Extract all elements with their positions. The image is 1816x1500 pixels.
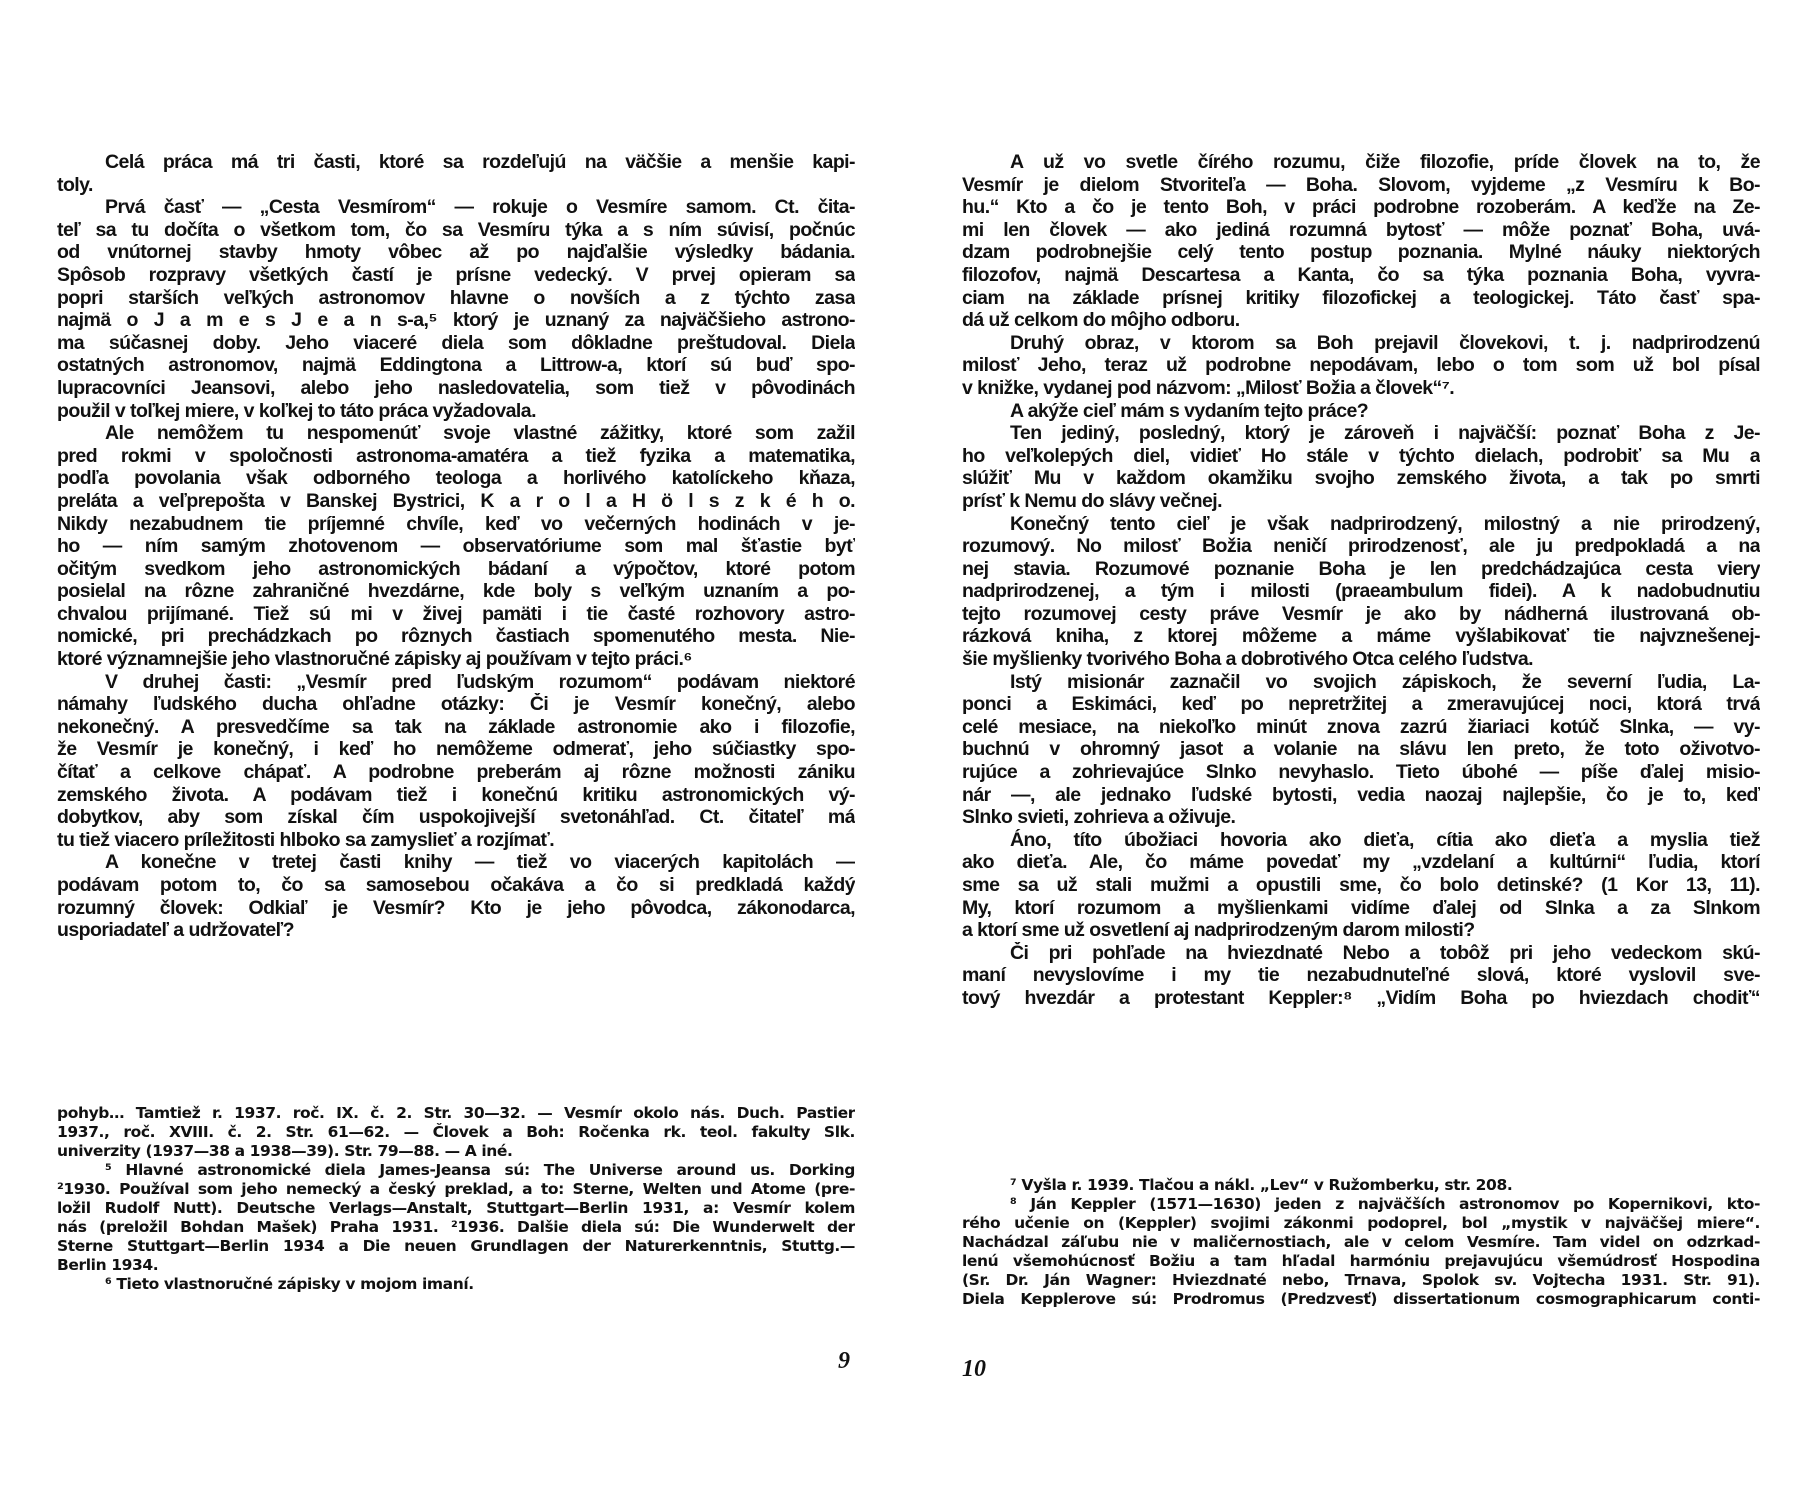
text-line: čítať a celkove chápať. A podrobne prebe… [57, 761, 855, 784]
footnote-line: ⁸ Ján Keppler (1571—1630) jeden z najväč… [962, 1195, 1760, 1214]
text-line: prísť k Nemu do slávy večnej. [962, 490, 1760, 513]
text-line: Celá práca má tri časti, ktoré sa rozdeľ… [57, 151, 855, 174]
footnote-line: univerzity (1937—38 a 1938—39). Str. 79—… [57, 1142, 855, 1161]
text-line: ciam na základe prísnej kritiky filozofi… [962, 287, 1760, 310]
text-line: najmä o J a m e s J e a n s-a,⁵ ktorý je… [57, 309, 855, 332]
text-line: ma súčasnej doby. Jeho viaceré diela som… [57, 332, 855, 355]
text-line: A akýže cieľ mám s vydaním tejto práce? [962, 400, 1760, 423]
text-line: rujúce a zohrievajúce Slnko nevyhaslo. T… [962, 761, 1760, 784]
text-line: ho — ním samým zhotovenom — observatóriu… [57, 535, 855, 558]
text-line: tový hvezdár a protestant Keppler:⁸ „Vid… [962, 987, 1760, 1010]
text-line: očitým svedkom jeho astronomických bádan… [57, 558, 855, 581]
text-line: Spôsob rozpravy všetkých častí je prísne… [57, 264, 855, 287]
right-body-text: A už vo svetle čírého rozumu, čiže filoz… [962, 151, 1760, 1010]
footnote-line: Sterne Stuttgart—Berlin 1934 a Die neuen… [57, 1237, 855, 1256]
text-line: ponci a Eskimáci, keď po nepretržitej a … [962, 693, 1760, 716]
text-line: popri starších veľkých astronomov hlavne… [57, 287, 855, 310]
footnote-line: (Sr. Dr. Ján Wagner: Hviezdnaté nebo, Tr… [962, 1271, 1760, 1290]
text-line: A konečne v tretej časti knihy — tiež vo… [57, 851, 855, 874]
text-line: ako dieťa. Ale, čo máme povedať my „vzde… [962, 851, 1760, 874]
text-line: rozumný človek: Odkiaľ je Vesmír? Kto je… [57, 897, 855, 920]
footnote-line: ložil Rudolf Nutt). Deutsche Verlags—Ans… [57, 1199, 855, 1218]
footnote-line: Nachádzal záľubu nie v maličernostiach, … [962, 1233, 1760, 1252]
text-line: ho veľkolepých diel, vidieť Ho stále v t… [962, 445, 1760, 468]
text-line: nár —, ale jednako ľudské bytosti, vedia… [962, 784, 1760, 807]
page-number: 9 [838, 1348, 850, 1375]
text-line: použil v toľkej miere, v koľkej to táto … [57, 400, 855, 423]
footnote-line: 1937., roč. XVIII. č. 2. Str. 61—62. — Č… [57, 1123, 855, 1142]
text-line: Ale nemôžem tu nespomenúť svoje vlastné … [57, 422, 855, 445]
text-line: Slnko svieti, zohrieva a oživuje. [962, 806, 1760, 829]
footnote-line: ⁷ Vyšla r. 1939. Tlačou a nákl. „Lev“ v … [962, 1176, 1760, 1195]
right-footnotes: ⁷ Vyšla r. 1939. Tlačou a nákl. „Lev“ v … [962, 1176, 1760, 1309]
text-line: hu.“ Kto a čo je tento Boh, v práci podr… [962, 196, 1760, 219]
text-line: Ten jediný, posledný, ktorý je zároveň i… [962, 422, 1760, 445]
text-line: preláta a veľprepošta v Banskej Bystrici… [57, 490, 855, 513]
footnote-line: lenú všemohúcnosť Božiu a tam hľadal har… [962, 1252, 1760, 1271]
text-line: pred rokmi v spoločnosti astronoma-amaté… [57, 445, 855, 468]
text-line: rozumový. No milosť Božia neničí prirodz… [962, 535, 1760, 558]
text-line: ktoré významnejšie jeho vlastnoručné záp… [57, 648, 855, 671]
footnote-line: ⁶ Tieto vlastnoručné zápisky v mojom ima… [57, 1275, 855, 1294]
text-line: lupracovníci Jeansovi, alebo jeho nasled… [57, 377, 855, 400]
footnote-line: nás (preložil Bohdan Mašek) Praha 1931. … [57, 1218, 855, 1237]
footnote-line: Berlin 1934. [57, 1256, 855, 1275]
text-line: chvalou prijímané. Tiež sú mi v živej pa… [57, 603, 855, 626]
text-line: A už vo svetle čírého rozumu, čiže filoz… [962, 151, 1760, 174]
footnote-line: ⁵ Hlavné astronomické diela James-Jeansa… [57, 1161, 855, 1180]
text-line: filozofov, najmä Descartesa a Kanta, čo … [962, 264, 1760, 287]
footnote-line: pohyb… Tamtiež r. 1937. roč. IX. č. 2. S… [57, 1104, 855, 1123]
text-line: Áno, títo úbožiaci hovoria ako dieťa, cí… [962, 829, 1760, 852]
text-line: Či pri pohľade na hviezdnaté Nebo a tobô… [962, 942, 1760, 965]
text-line: Nikdy nezabudnem tie príjemné chvíle, ke… [57, 513, 855, 536]
footnote-line: ²1930. Používal som jeho nemecký a český… [57, 1180, 855, 1199]
text-line: šie myšlienky tvorivého Boha a dobrotivé… [962, 648, 1760, 671]
text-line: nekonečný. A presvedčíme sa tak na zákla… [57, 716, 855, 739]
text-line: a ktorí sme už osvetlení aj nadprirodzen… [962, 919, 1760, 942]
text-line: usporiadateľ a udržovateľ? [57, 919, 855, 942]
text-line: dá už celkom do môjho odboru. [962, 309, 1760, 332]
text-line: nadprirodzenej, a tým i milosti (praeamb… [962, 580, 1760, 603]
text-line: podávam potom to, čo sa samosebou očakáv… [57, 874, 855, 897]
text-line: maní nevyslovíme i my tie nezabudnuteľné… [962, 964, 1760, 987]
text-line: milosť Jeho, teraz už podrobne nepodávam… [962, 354, 1760, 377]
text-line: Konečný tento cieľ je však nadprirodzený… [962, 513, 1760, 536]
text-line: zemského života. A podávam tiež i konečn… [57, 784, 855, 807]
text-line: ostatných astronomov, najmä Eddingtona a… [57, 354, 855, 377]
text-line: rázková kniha, z ktorej môžeme a máme vy… [962, 625, 1760, 648]
text-line: toly. [57, 174, 855, 197]
text-line: v knižke, vydanej pod názvom: „Milosť Bo… [962, 377, 1760, 400]
footnote-line: Diela Kepplerove sú: Prodromus (Predzves… [962, 1290, 1760, 1309]
left-body-text: Celá práca má tri časti, ktoré sa rozdeľ… [57, 151, 855, 942]
left-footnotes: pohyb… Tamtiež r. 1937. roč. IX. č. 2. S… [57, 1104, 855, 1294]
text-line: buchnú v ohromný jasot a volanie na sláv… [962, 738, 1760, 761]
text-line: posielal na rôzne zahraničné hvezdárne, … [57, 580, 855, 603]
text-line: celé mesiace, na niekoľko minút znova za… [962, 716, 1760, 739]
text-line: mi len človek — ako jediná rozumná bytos… [962, 219, 1760, 242]
page-number: 10 [962, 1356, 986, 1383]
text-line: My, ktorí rozumom a myšlienkami vidíme ď… [962, 897, 1760, 920]
text-line: podľa povolania však odborného teologa a… [57, 467, 855, 490]
text-line: dobytkov, aby som získal čím uspokojivej… [57, 806, 855, 829]
text-line: Istý misionár zaznačil vo svojich zápisk… [962, 671, 1760, 694]
text-line: tu tiež viacero príležitosti hlboko sa z… [57, 829, 855, 852]
text-line: od vnútornej stavby hmoty vôbec až po na… [57, 241, 855, 264]
right-page: A už vo svetle čírého rozumu, čiže filoz… [908, 0, 1816, 1500]
text-line: sme sa už stali mužmi a opustili sme, čo… [962, 874, 1760, 897]
text-line: že Vesmír je konečný, i keď ho nemôžeme … [57, 738, 855, 761]
text-line: nomické, pri prechádzkach po rôznych čas… [57, 625, 855, 648]
left-page: Celá práca má tri časti, ktoré sa rozdeľ… [0, 0, 908, 1500]
text-line: nej stavia. Rozumové poznanie Boha je le… [962, 558, 1760, 581]
text-line: V druhej časti: „Vesmír pred ľudským roz… [57, 671, 855, 694]
text-line: slúžiť Mu v každom okamžiku svojho zemsk… [962, 467, 1760, 490]
text-line: dzam podrobnejšie celý tento postup pozn… [962, 241, 1760, 264]
text-line: tejto rozumovej cesty práve Vesmír je ak… [962, 603, 1760, 626]
text-line: námahy ľudského ducha ohľadne otázky: Či… [57, 693, 855, 716]
text-line: Druhý obraz, v ktorom sa Boh prejavil čl… [962, 332, 1760, 355]
text-line: teľ sa tu dočíta o všetkom tom, čo sa Ve… [57, 219, 855, 242]
footnote-line: rého učenie on (Keppler) svojimi zákonmi… [962, 1214, 1760, 1233]
text-line: Vesmír je dielom Stvoriteľa — Boha. Slov… [962, 174, 1760, 197]
text-line: Prvá časť — „Cesta Vesmírom“ — rokuje o … [57, 196, 855, 219]
